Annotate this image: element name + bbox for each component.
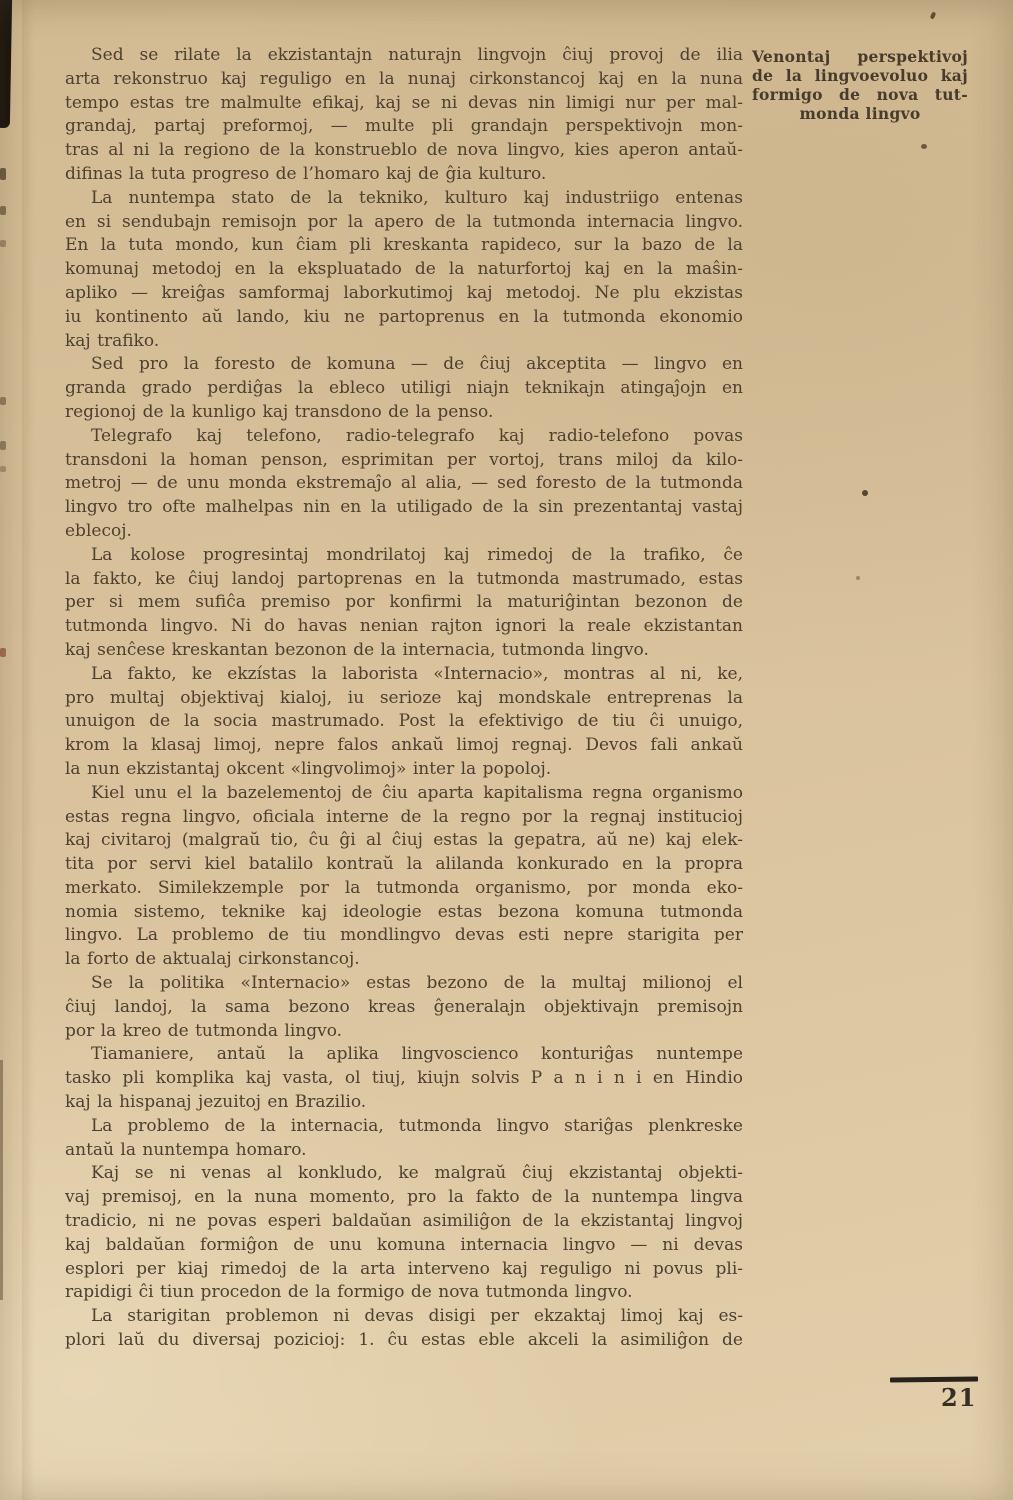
text-line: plori laŭ du diversaj pozicioj: 1. ĉu es… xyxy=(65,1329,743,1353)
text-line: regionoj de la kunligo kaj transdono de … xyxy=(65,401,743,425)
scan-edge-tick xyxy=(0,168,6,180)
text-line: Sed pro la foresto de komuna — de ĉiuj a… xyxy=(65,353,743,377)
margin-note-line: de la lingvoevoluo kaj xyxy=(752,66,968,85)
text-line: Kiel unu el la bazelementoj de ĉiu apart… xyxy=(65,782,743,806)
text-line: kaj la hispanaj jezuitoj en Brazilio. xyxy=(65,1091,743,1115)
paper-speck xyxy=(856,576,860,580)
text-line: la fakto, ke ĉiuj landoj partoprenas en … xyxy=(65,568,743,592)
text-line: la forto de aktualaj cirkonstancoj. xyxy=(65,948,743,972)
scan-edge-artifact xyxy=(0,0,12,128)
text-line: pro multaj objektivaj kialoj, iu serioze… xyxy=(65,687,743,711)
text-line: tempo estas tre malmulte efikaj, kaj se … xyxy=(65,92,743,116)
text-line: En la tuta mondo, kun ĉiam pli kreskanta… xyxy=(65,234,743,258)
margin-note-line: Venontaj perspektivoj xyxy=(752,47,968,66)
text-line: rapidigi ĉi tiun procedon de la formigo … xyxy=(65,1281,743,1305)
text-line: vaj premisoj, en la nuna momento, pro la… xyxy=(65,1186,743,1210)
paragraph: Kiel unu el la bazelementoj de ĉiu apart… xyxy=(65,782,743,972)
text-line: per si mem sufiĉa premiso por konfirmi l… xyxy=(65,591,743,615)
scan-edge-tick xyxy=(0,397,6,405)
text-line: Kaj se ni venas al konkludo, ke malgraŭ … xyxy=(65,1162,743,1186)
paper-crease xyxy=(22,0,34,1500)
scan-edge-tick xyxy=(0,466,6,472)
margin-note: Venontaj perspektivojde la lingvoevoluo … xyxy=(752,47,968,123)
scan-edge-tick xyxy=(0,206,6,215)
paper-speck xyxy=(921,144,927,149)
text-line: tasko pli komplika kaj vasta, ol tiuj, k… xyxy=(65,1067,743,1091)
paragraph: Kaj se ni venas al konkludo, ke malgraŭ … xyxy=(65,1162,743,1305)
text-line: tita por servi kiel batalilo kontraŭ la … xyxy=(65,853,743,877)
text-line: eblecoj. xyxy=(65,520,743,544)
footer-rule xyxy=(890,1377,978,1383)
text-line: La fakto, ke ekzístas la laborista «Inte… xyxy=(65,663,743,687)
text-line: antaŭ la nuntempa homaro. xyxy=(65,1139,743,1163)
text-line: krom la klasaj limoj, nepre falos ankaŭ … xyxy=(65,734,743,758)
paper-speck xyxy=(930,11,937,19)
text-line: kaj trafiko. xyxy=(65,330,743,354)
text-line: en si sendubajn remisojn por la apero de… xyxy=(65,211,743,235)
text-line: difinas la tuta progreso de l’homaro kaj… xyxy=(65,163,743,187)
text-line: ĉiuj landoj, la sama bezono kreas ĝenera… xyxy=(65,996,743,1020)
scan-edge-tick xyxy=(0,441,6,450)
text-line: La kolose progresintaj mondrilatoj kaj r… xyxy=(65,544,743,568)
text-line: unuigon de la socia mastrumado. Post la … xyxy=(65,710,743,734)
paragraph: La fakto, ke ekzístas la laborista «Inte… xyxy=(65,663,743,782)
paragraph: Tiamaniere, antaŭ la aplika lingvoscienc… xyxy=(65,1043,743,1114)
text-line: lingvo. La problemo de tiu mondlingvo de… xyxy=(65,924,743,948)
text-line: grandaj, partaj preformoj, — multe pli g… xyxy=(65,115,743,139)
text-line: merkato. Similekzemple por la tutmonda o… xyxy=(65,877,743,901)
text-line: esplori per kiaj rimedoj de la arta inte… xyxy=(65,1258,743,1282)
paragraph: Sed se rilate la ekzistantajn naturajn l… xyxy=(65,44,743,187)
scan-edge-tick xyxy=(0,240,6,247)
text-line: tras al ni la regiono de la konstrueblo … xyxy=(65,139,743,163)
paragraph: La starigitan problemon ni devas disigi … xyxy=(65,1305,743,1353)
scan-edge-tick xyxy=(0,648,6,657)
text-line: kaj baldaŭan formiĝon de unu komuna inte… xyxy=(65,1234,743,1258)
paragraph: Se la politika «Internacio» estas bezono… xyxy=(65,972,743,1043)
scan-edge-strip xyxy=(0,1060,3,1300)
text-line: lingvo tro ofte malhelpas nin en la util… xyxy=(65,496,743,520)
text-line: kaj civitaroj (malgraŭ tio, ĉu ĝi al ĉiu… xyxy=(65,829,743,853)
paragraph: Telegrafo kaj telefono, radio-telegrafo … xyxy=(65,425,743,544)
text-line: La nuntempa stato de la tekniko, kulturo… xyxy=(65,187,743,211)
paragraph: Sed pro la foresto de komuna — de ĉiuj a… xyxy=(65,353,743,424)
paper-speck xyxy=(862,490,868,496)
text-line: nomia sistemo, teknike kaj ideologie est… xyxy=(65,901,743,925)
text-line: metroj — de unu monda ekstremaĵo al alia… xyxy=(65,472,743,496)
text-line: tutmonda lingvo. Ni do havas nenian rajt… xyxy=(65,615,743,639)
text-line: Sed se rilate la ekzistantajn naturajn l… xyxy=(65,44,743,68)
text-line: apliko — kreiĝas samformaj laborkutimoj … xyxy=(65,282,743,306)
text-line: La problemo de la internacia, tutmonda l… xyxy=(65,1115,743,1139)
body-text-column: Sed se rilate la ekzistantajn naturajn l… xyxy=(65,44,743,1353)
text-line: estas regna lingvo, oficiala interne de … xyxy=(65,806,743,830)
text-line: iu kontinento aŭ lando, kiu ne partopren… xyxy=(65,306,743,330)
text-line: Telegrafo kaj telefono, radio-telegrafo … xyxy=(65,425,743,449)
paragraph: La nuntempa stato de la tekniko, kulturo… xyxy=(65,187,743,354)
text-line: La starigitan problemon ni devas disigi … xyxy=(65,1305,743,1329)
text-line: komunaj metodoj en la ekspluatado de la … xyxy=(65,258,743,282)
page-number: 21 xyxy=(941,1385,976,1411)
text-line: arta rekonstruo kaj reguligo en la nunaj… xyxy=(65,68,743,92)
margin-note-line: monda lingvo xyxy=(752,104,968,123)
text-line: transdoni la homan penson, esprimitan pe… xyxy=(65,449,743,473)
text-line: tradicio, ni ne povas esperi baldaŭan as… xyxy=(65,1210,743,1234)
text-line: granda grado perdiĝas la ebleco utiligi … xyxy=(65,377,743,401)
book-page: Sed se rilate la ekzistantajn naturajn l… xyxy=(0,0,1013,1500)
paragraph: La problemo de la internacia, tutmonda l… xyxy=(65,1115,743,1163)
paragraph: La kolose progresintaj mondrilatoj kaj r… xyxy=(65,544,743,663)
text-line: Tiamaniere, antaŭ la aplika lingvoscienc… xyxy=(65,1043,743,1067)
text-line: kaj senĉese kreskantan bezonon de la int… xyxy=(65,639,743,663)
text-line: la nun ekzistantaj okcent «lingvolimoj» … xyxy=(65,758,743,782)
text-line: Se la politika «Internacio» estas bezono… xyxy=(65,972,743,996)
text-line: por la kreo de tutmonda lingvo. xyxy=(65,1020,743,1044)
margin-note-line: formigo de nova tut- xyxy=(752,85,968,104)
